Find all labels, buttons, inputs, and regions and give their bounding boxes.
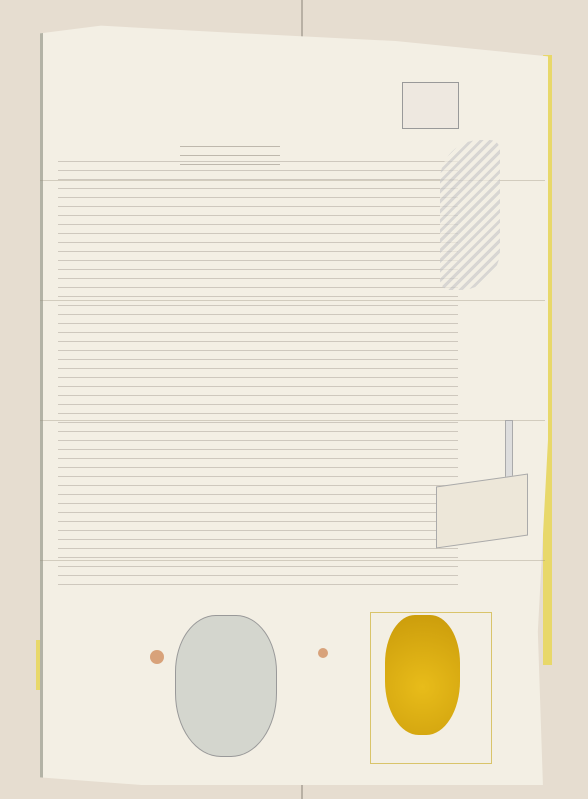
stain: [150, 650, 164, 664]
gold-hand: [385, 615, 460, 735]
stain: [318, 648, 328, 658]
grey-hand-drawing: [175, 615, 277, 757]
handwritten-text-block: [58, 155, 458, 585]
mosque-drawing: [436, 474, 528, 549]
stair-drawing: [440, 140, 500, 290]
house-drawing: [402, 82, 459, 129]
